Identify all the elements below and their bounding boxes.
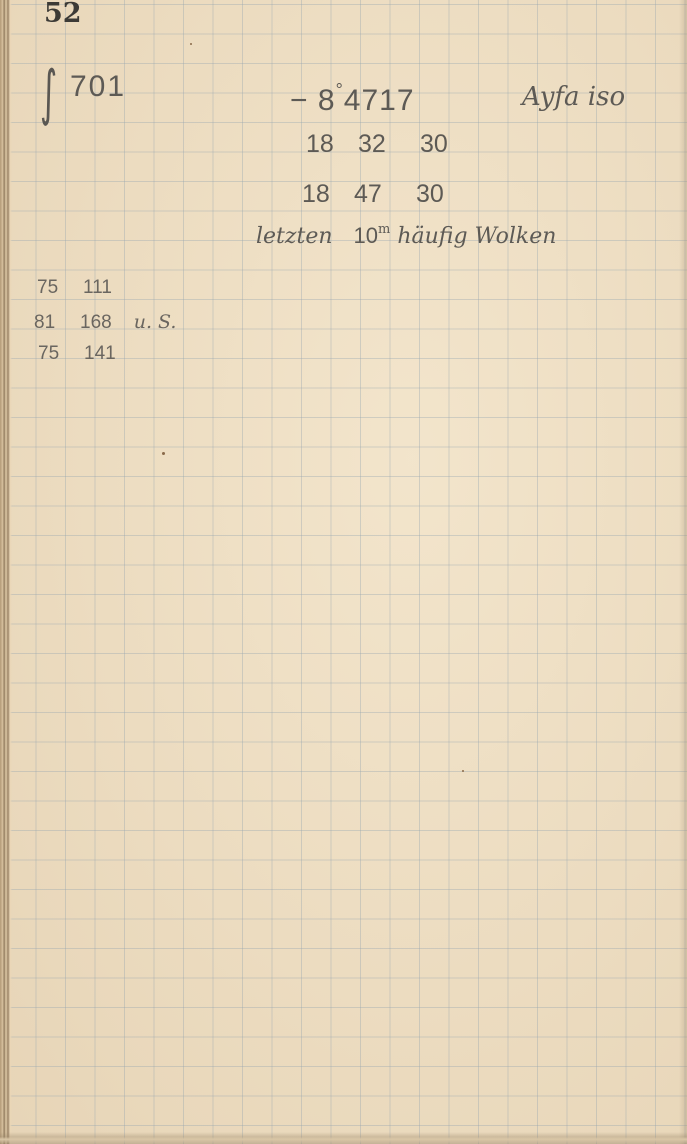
paper-speck: [462, 770, 464, 772]
side-value-a: 75: [37, 277, 83, 299]
time-hours: 18: [306, 130, 358, 159]
remark-after: häufig Wolken: [397, 224, 556, 249]
side-value-b: 141: [84, 343, 116, 365]
weather-remark: letzten 10m häufig Wolken: [256, 222, 556, 249]
time-hours: 18: [302, 180, 354, 209]
remark-unit: m: [378, 222, 390, 237]
remark-before: letzten: [256, 224, 333, 249]
remark-value: 10: [354, 223, 378, 248]
declination-minutes: 4717: [344, 84, 415, 117]
side-value-b: 168: [80, 312, 112, 334]
time-minutes: 47: [354, 180, 416, 209]
side-value-a: 75: [38, 343, 84, 365]
star-name-note: Ayfa iso: [522, 82, 625, 112]
time-seconds: 30: [416, 180, 444, 209]
notebook-page: 52 ∫ 701 − 8°4717 Ayfa iso 183230 184730…: [0, 0, 687, 1144]
paper-speck: [162, 452, 165, 455]
declination-degrees: 8: [318, 84, 336, 117]
side-value-row: 75141: [38, 343, 116, 365]
page-right-edge: [679, 0, 687, 1144]
page-number: 52: [44, 0, 82, 29]
time-row-1: 183230: [306, 130, 448, 159]
page-binding-edge: [0, 0, 12, 1144]
side-value-a: 81: [34, 312, 80, 334]
time-seconds: 30: [420, 130, 448, 159]
side-value-row: 75111: [37, 277, 112, 299]
integral-value: 701: [70, 70, 126, 104]
side-value-row: 81168u. S.: [34, 311, 176, 334]
degree-mark: °: [336, 80, 344, 100]
declination-value: − 8°4717: [290, 80, 415, 118]
page-bottom-edge: [0, 1132, 687, 1144]
declination-sign: −: [290, 84, 309, 117]
paper-speck: [190, 43, 192, 45]
time-minutes: 32: [358, 130, 420, 159]
side-value-note: u. S.: [134, 311, 177, 333]
integral-symbol: ∫: [40, 58, 57, 128]
side-value-b: 111: [83, 277, 112, 299]
time-row-2: 184730: [302, 180, 444, 209]
